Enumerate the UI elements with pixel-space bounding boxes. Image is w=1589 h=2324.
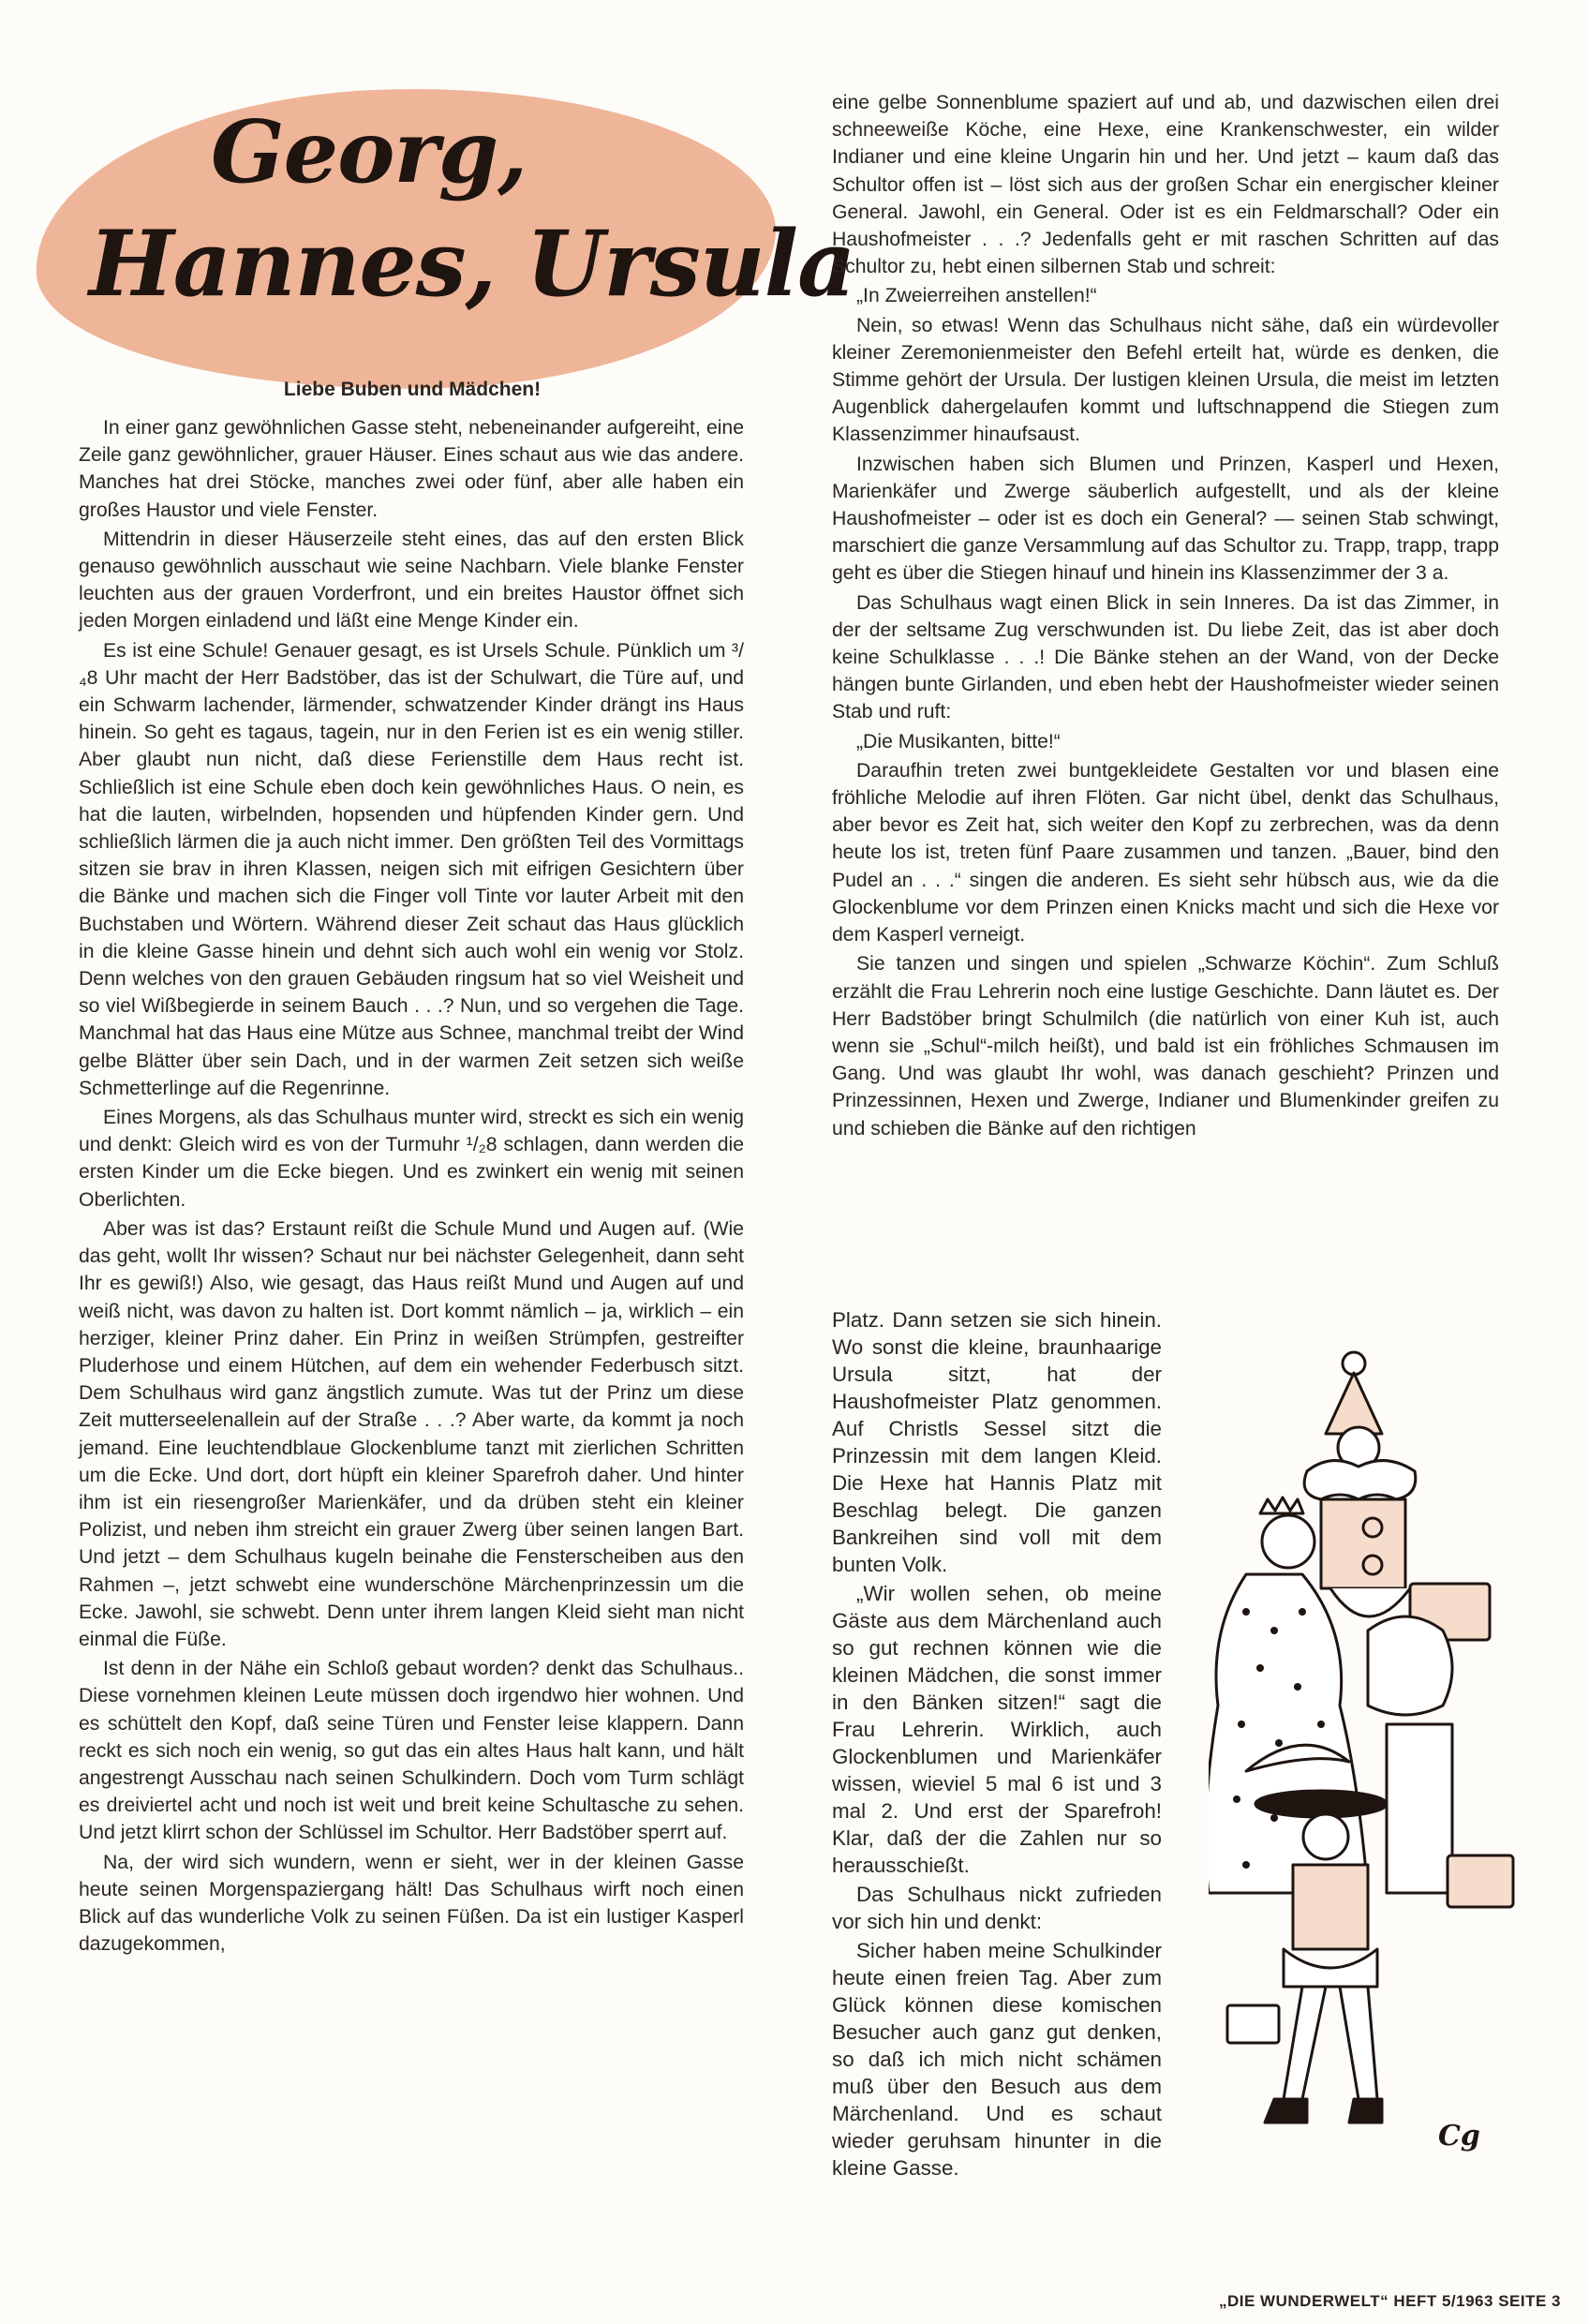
page-footer: „DIE WUNDERWELT“ HEFT 5/1963 SEITE 3	[1219, 2292, 1561, 2311]
right-column: eine gelbe Sonnenblume spaziert auf und …	[832, 89, 1499, 1144]
paragraph: Es ist eine Schule! Genauer gesagt, es i…	[79, 637, 744, 1102]
pompom-icon	[1343, 1352, 1365, 1375]
paragraph: Inzwischen haben sich Blumen und Prinzen…	[832, 451, 1499, 588]
artist-signature: Cg	[1438, 2120, 1480, 2153]
left-column: In einer ganz gewöhnlichen Gasse steht, …	[79, 414, 744, 1959]
paragraph: „Wir wollen sehen, ob meine Gäste aus de…	[832, 1580, 1162, 1879]
paragraph: In einer ganz gewöhnlichen Gasse steht, …	[79, 414, 744, 524]
right-column-narrow: Platz. Dann setzen sie sich hinein. Wo s…	[832, 1306, 1162, 2183]
greeting-heading: Liebe Buben und Mädchen!	[56, 379, 768, 401]
costumed-children-illustration	[1209, 1331, 1546, 2155]
quote-paragraph: „Die Musikanten, bitte!“	[832, 728, 1499, 755]
paragraph: eine gelbe Sonnenblume spaziert auf und …	[832, 89, 1499, 280]
paragraph: Sicher haben meine Schul­kinder heute ei…	[832, 1937, 1162, 2182]
paragraph: Daraufhin treten zwei buntgekleidete Ges…	[832, 757, 1499, 948]
paragraph: Na, der wird sich wundern, wenn er sieht…	[79, 1849, 744, 1959]
paragraph: Sie tanzen und singen und spielen „Schwa…	[832, 950, 1499, 1141]
magazine-page: Georg, Hannes, Ursula Liebe Buben und Mä…	[0, 0, 1589, 2324]
page-title-line-1: Georg,	[211, 101, 527, 202]
paragraph: Platz. Dann setzen sie sich hinein. Wo s…	[832, 1306, 1162, 1578]
paragraph: Eines Morgens, als das Schulhaus munter …	[79, 1104, 744, 1214]
paragraph: Aber was ist das? Erstaunt reißt die Sch…	[79, 1215, 744, 1653]
paragraph: Ist denn in der Nähe ein Schloß gebaut w…	[79, 1655, 744, 1846]
quote-paragraph: „In Zweierreihen anstellen!“	[832, 282, 1499, 309]
paragraph: Mittendrin in dieser Häuserzeile steht e…	[79, 526, 744, 635]
paragraph: Das Schulhaus wagt einen Blick in sein I…	[832, 589, 1499, 726]
paragraph: Das Schulhaus nickt zufrie­den vor sich …	[832, 1881, 1162, 1935]
page-title-line-2: Hannes, Ursula	[89, 211, 854, 317]
paragraph: Nein, so etwas! Wenn das Schulhaus nicht…	[832, 312, 1499, 449]
